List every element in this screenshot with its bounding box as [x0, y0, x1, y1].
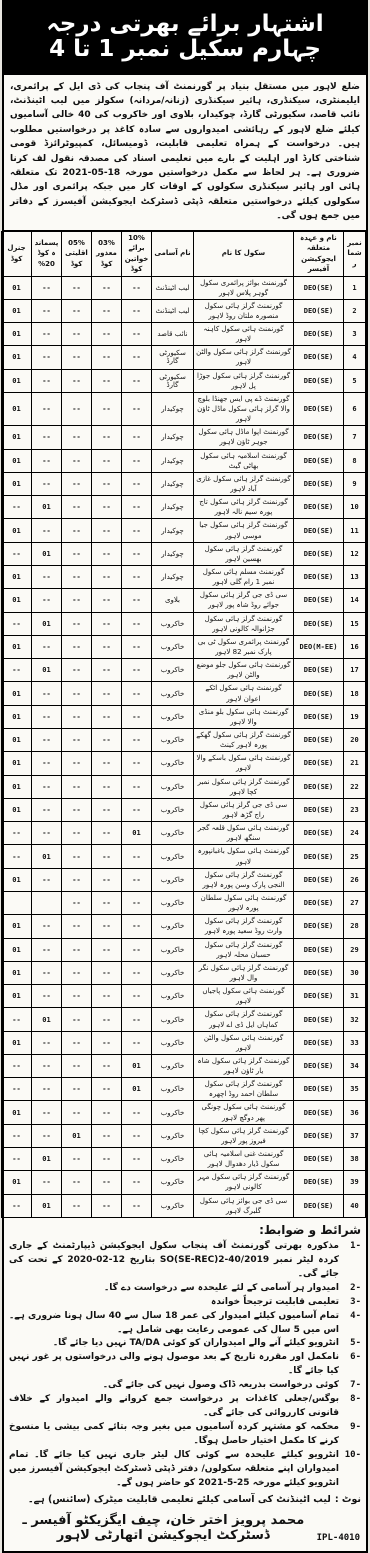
serial-cell: 36	[344, 1101, 366, 1124]
quota-general-cell: 01	[2, 346, 32, 369]
serial-cell: 6	[344, 392, 366, 425]
quota-minority-cell: --	[62, 449, 92, 472]
school-cell: سی ڈی جی گرلز ہائی سکول راج گڑھ لاہور	[194, 798, 294, 821]
serial-cell: 23	[344, 798, 366, 821]
post-cell: لیب اٹینڈنٹ	[152, 299, 194, 322]
officer-cell: DEO(SE)	[294, 472, 344, 495]
table-row: 19DEO(SE)گورنمنٹ ہائی سکول بلو منڈی والا…	[2, 705, 366, 728]
serial-cell: 24	[344, 822, 366, 845]
officer-cell: DEO(M-EE)	[294, 635, 344, 658]
quota-backward-cell: --	[32, 728, 62, 751]
school-cell: گورنمنٹ ہائی سکول باسکے والا لاہور	[194, 752, 294, 775]
table-row: 12DEO(SE)گورنمنٹ گرلز ہائی سکول بھسین لا…	[2, 542, 366, 565]
officer-cell: DEO(SE)	[294, 369, 344, 392]
term-text: امیدوار ہر آسامی کے لئے علیحدہ سے درخواس…	[9, 1282, 343, 1296]
school-cell: گورنمنٹ گرلز ہائی سکول النجی پارک وسن پو…	[194, 868, 294, 891]
quota-minority-cell: --	[62, 346, 92, 369]
table-row: 29DEO(SE)گورنمنٹ گرلز ہائی سکول حسبان مح…	[2, 938, 366, 961]
officer-cell: DEO(SE)	[294, 612, 344, 635]
job-advertisement: اشتہار برائے بھرتی درجہ چہارم سکیل نمبر …	[2, 0, 368, 1553]
quota-disabled-cell: --	[92, 891, 122, 914]
quota-general-cell: --	[2, 659, 32, 682]
quota-general-cell: --	[2, 496, 32, 519]
officer-cell: DEO(SE)	[294, 775, 344, 798]
school-cell: گورنمنٹ گرلز ہائی سکول مہر کالونی لاہور	[194, 1171, 294, 1194]
quota-women-cell: --	[122, 542, 152, 565]
quota-general-cell: 01	[2, 1101, 32, 1124]
officer-cell: DEO(SE)	[294, 868, 344, 891]
quota-women-cell: --	[122, 472, 152, 495]
term-item: -5انٹرویو کیلئے آنے والے امیدواران کو کو…	[9, 1337, 361, 1351]
post-cell: سکیورٹی گارڈ	[152, 346, 194, 369]
quota-women-cell: --	[122, 915, 152, 938]
term-text: تمام آسامیوں کیلئے امیدوار کی عمر 18 سال…	[9, 1310, 343, 1338]
term-number: -5	[343, 1337, 361, 1351]
term-number: -1	[343, 1240, 361, 1282]
quota-disabled-cell: --	[92, 1054, 122, 1077]
table-row: 37DEO(SE)گورنمنٹ گرلز ہائی سکول کچا فیرو…	[2, 1124, 366, 1147]
quota-women-cell: --	[122, 369, 152, 392]
quota-women-cell: --	[122, 589, 152, 612]
quota-backward-cell: --	[32, 1171, 62, 1194]
school-cell: گورنمنٹ گرلز ہائی سکول حسبان محلہ لاہور	[194, 938, 294, 961]
quota-general-cell: 01	[2, 752, 32, 775]
post-cell: خاکروب	[152, 705, 194, 728]
officer-cell: DEO(SE)	[294, 985, 344, 1008]
school-cell: گورنمنٹ گرلز ہائی سکول وارث روڈ سعید پور…	[194, 915, 294, 938]
officer-cell: DEO(SE)	[294, 1101, 344, 1124]
quota-minority-cell: --	[62, 985, 92, 1008]
quota-backward-cell: --	[32, 868, 62, 891]
quota-minority-cell: --	[62, 612, 92, 635]
quota-minority-cell: --	[62, 299, 92, 322]
quota-minority-cell: --	[62, 891, 92, 914]
quota-disabled-cell: --	[92, 775, 122, 798]
post-cell: خاکروب	[152, 1194, 194, 1217]
quota-backward-cell: 01	[32, 612, 62, 635]
officer-cell: DEO(SE)	[294, 728, 344, 751]
term-number: -2	[343, 1282, 361, 1296]
table-row: 30DEO(SE)گورنمنٹ گرلز ہائی سکول نگر وال …	[2, 961, 366, 984]
quota-backward-cell: --	[32, 346, 62, 369]
quota-women-cell: --	[122, 449, 152, 472]
term-text: انٹرویو کیلئے علیحدہ سے کوئی کال لیٹر جا…	[9, 1449, 343, 1491]
table-row: 24DEO(SE)گورنمنٹ ہائی سکول قلعہ گجر سنگھ…	[2, 822, 366, 845]
table-row: 27DEO(SE)گورنمنٹ ہائی سکول سلطان پورہ لا…	[2, 891, 366, 914]
officer-cell: DEO(SE)	[294, 346, 344, 369]
quota-minority-cell: --	[62, 635, 92, 658]
footer: IPL-4010 محمد پرویز اختر خان، چیف ایگزیک…	[4, 1509, 366, 1551]
quota-general-cell: --	[2, 1054, 32, 1077]
school-cell: گورنمنٹ گرلز ہائی سکول غازی آباد لاہور	[194, 472, 294, 495]
serial-cell: 35	[344, 1078, 366, 1101]
quota-general-cell: 01	[2, 868, 32, 891]
post-cell: خاکروب	[152, 682, 194, 705]
quota-disabled-cell: --	[92, 1078, 122, 1101]
quota-disabled-cell: --	[92, 496, 122, 519]
quota-backward-cell: --	[32, 915, 62, 938]
school-cell: گورنمنٹ گرلز ہائی سکول سلطان احمد روڈ اچ…	[194, 1078, 294, 1101]
school-cell: گورنمنٹ گرلز ہائی سکول کماہاں ایل ڈی اے …	[194, 1008, 294, 1031]
quota-general-cell: --	[2, 1008, 32, 1031]
quota-disabled-cell: --	[92, 1148, 122, 1171]
quota-women-cell: --	[122, 519, 152, 542]
quota-disabled-cell: --	[92, 1194, 122, 1217]
school-cell: گورنمنٹ ہائی سکول کاہنہ لاہور	[194, 323, 294, 346]
school-cell: گورنمنٹ ہائی سکول باغبانپورہ لاہور	[194, 845, 294, 868]
term-item: -8بوگس/جعلی کاغذات پر درخواست جمع کروانے…	[9, 1393, 361, 1421]
officer-cell: DEO(SE)	[294, 915, 344, 938]
officer-cell: DEO(SE)	[294, 566, 344, 589]
quota-disabled-cell: --	[92, 589, 122, 612]
school-cell: گورنمنٹ اپوا ماڈل ہائی سکول جوہر ٹاؤن لا…	[194, 426, 294, 449]
quota-backward-cell: --	[32, 1124, 62, 1147]
term-number: -4	[343, 1310, 361, 1338]
post-cell: خاکروب	[152, 868, 194, 891]
table-row: 8DEO(SE)گورنمنٹ اسلامیہ ہائی سکول بھاٹی …	[2, 449, 366, 472]
school-cell: گورنمنٹ گرلز ہائی سکول جیا موسی لاہور	[194, 519, 294, 542]
quota-general-cell: 01	[2, 472, 32, 495]
quota-general-cell: 01	[2, 635, 32, 658]
quota-disabled-cell: --	[92, 822, 122, 845]
quota-disabled-cell: --	[92, 659, 122, 682]
quota-backward-cell: --	[32, 775, 62, 798]
school-cell: گورنمنٹ بوائز پرائمری سکول گوہر پلاس لاہ…	[194, 276, 294, 299]
quota-minority-cell: --	[62, 798, 92, 821]
quota-minority-cell: --	[62, 915, 92, 938]
term-item: -7کوئی درخواست بذریعہ ڈاک وصول نہیں کی ج…	[9, 1379, 361, 1393]
post-cell: خاکروب	[152, 1078, 194, 1101]
quota-disabled-cell: --	[92, 612, 122, 635]
serial-cell: 4	[344, 346, 366, 369]
school-cell: گورنمنٹ ہائی سکول بلو منڈی والا لاہور	[194, 705, 294, 728]
quota-women-cell: --	[122, 496, 152, 519]
table-row: 28DEO(SE)گورنمنٹ گرلز ہائی سکول وارث روڈ…	[2, 915, 366, 938]
quota-backward-cell: --	[32, 472, 62, 495]
quota-disabled-cell: --	[92, 392, 122, 425]
quota-women-cell: --	[122, 891, 152, 914]
school-cell: گورنمنٹ گرلز ہائی سکول نمبر کچا لاہور	[194, 775, 294, 798]
quota-disabled-cell: --	[92, 961, 122, 984]
quota-backward-cell: --	[32, 985, 62, 1008]
quota-women-cell: --	[122, 659, 152, 682]
post-cell: چوکیدار	[152, 472, 194, 495]
officer-cell: DEO(SE)	[294, 659, 344, 682]
term-text: مذکورہ بھرتی گورنمنٹ آف پنجاب سکول ایجوک…	[9, 1240, 343, 1282]
officer-cell: DEO(SE)	[294, 496, 344, 519]
quota-women-cell: --	[122, 392, 152, 425]
term-item: -4تمام آسامیوں کیلئے امیدوار کی عمر 18 س…	[9, 1310, 361, 1338]
quota-disabled-cell: --	[92, 1124, 122, 1147]
quota-minority-cell: --	[62, 1008, 92, 1031]
quota-backward-cell: 01	[32, 542, 62, 565]
officer-cell: DEO(SE)	[294, 1194, 344, 1217]
quota-general-cell: 01	[2, 519, 32, 542]
quota-women-cell: --	[122, 775, 152, 798]
quota-women-cell: --	[122, 612, 152, 635]
quota-general-cell: 01	[2, 426, 32, 449]
serial-cell: 5	[344, 369, 366, 392]
post-cell: خاکروب	[152, 1054, 194, 1077]
table-header-cell: نام و عہدہ متعلقہ ایجوکیشن آفیسر	[294, 231, 344, 276]
term-item: -10انٹرویو کیلئے علیحدہ سے کوئی کال لیٹر…	[9, 1449, 361, 1491]
term-item: -6نامکمل اور مقررہ تاریخ کے بعد موصول ہو…	[9, 1351, 361, 1379]
table-row: 25DEO(SE)گورنمنٹ ہائی سکول باغبانپورہ لا…	[2, 845, 366, 868]
quota-backward-cell: --	[32, 798, 62, 821]
quota-backward-cell: --	[32, 392, 62, 425]
quota-women-cell: 01	[122, 1078, 152, 1101]
serial-cell: 33	[344, 1031, 366, 1054]
post-cell: خاکروب	[152, 1101, 194, 1124]
table-row: 13DEO(SE)گورنمنٹ مسلم ہائی سکول نمبر 1 ر…	[2, 566, 366, 589]
serial-cell: 22	[344, 775, 366, 798]
quota-backward-cell: --	[32, 323, 62, 346]
quota-general-cell: --	[2, 542, 32, 565]
school-cell: گورنمنٹ گرلز ہائی سکول کچا فیروز پور لاہ…	[194, 1124, 294, 1147]
table-row: 33DEO(SE)گورنمنٹ ہائی سکول والٹن لاہورخا…	[2, 1031, 366, 1054]
quota-general-cell: --	[2, 1124, 32, 1147]
quota-women-cell: --	[122, 682, 152, 705]
quota-general-cell: 01	[2, 985, 32, 1008]
table-row: 14DEO(SE)سی ڈی جی گرلز ہائی سکول جوائے ر…	[2, 589, 366, 612]
term-number: -8	[343, 1393, 361, 1421]
quota-minority-cell: --	[62, 868, 92, 891]
terms-heading: شرائط و ضوابط:	[9, 1223, 361, 1237]
quota-women-cell: --	[122, 1124, 152, 1147]
post-cell: چوکیدار	[152, 496, 194, 519]
term-text: تعلیمی قابلیت ترجیحاً خواندہ	[9, 1296, 343, 1310]
officer-cell: DEO(SE)	[294, 682, 344, 705]
quota-minority-cell: --	[62, 566, 92, 589]
quota-women-cell: --	[122, 798, 152, 821]
post-cell: سکیورٹی گارڈ	[152, 369, 194, 392]
quota-general-cell: 01	[2, 1031, 32, 1054]
table-row: 16DEO(M-EE)گورنمنٹ پرائمری سکول ٹی بی پا…	[2, 635, 366, 658]
table-row: 15DEO(SE)گورنمنٹ گرلز ہائی سکول جڑانوالہ…	[2, 612, 366, 635]
serial-cell: 11	[344, 519, 366, 542]
serial-cell: 39	[344, 1171, 366, 1194]
school-cell: گورنمنٹ ہائی سکول سلطان پورہ لاہور	[194, 891, 294, 914]
quota-minority-cell: --	[62, 276, 92, 299]
table-header-cell: نمبر شمار	[344, 231, 366, 276]
vacancy-table-header: نمبر شمارنام و عہدہ متعلقہ ایجوکیشن آفیس…	[2, 231, 366, 276]
quota-women-cell: --	[122, 728, 152, 751]
school-cell: گورنمنٹ گرلز ہائی سکول بھسین لاہور	[194, 542, 294, 565]
quota-disabled-cell: --	[92, 542, 122, 565]
quota-disabled-cell: --	[92, 1101, 122, 1124]
term-number: -10	[343, 1449, 361, 1491]
quota-general-cell: 01	[2, 1171, 32, 1194]
quota-general-cell: 01	[2, 449, 32, 472]
term-text: نامکمل اور مقررہ تاریخ کے بعد موصول ہونے…	[9, 1351, 343, 1379]
quota-women-cell: --	[122, 1148, 152, 1171]
quota-disabled-cell: --	[92, 276, 122, 299]
officer-cell: DEO(SE)	[294, 891, 344, 914]
table-row: 32DEO(SE)گورنمنٹ گرلز ہائی سکول کماہاں ا…	[2, 1008, 366, 1031]
officer-cell: DEO(SE)	[294, 1078, 344, 1101]
quota-disabled-cell: --	[92, 299, 122, 322]
quota-backward-cell: --	[32, 566, 62, 589]
quota-women-cell: --	[122, 1008, 152, 1031]
quota-backward-cell: --	[32, 449, 62, 472]
table-row: 18DEO(SE)گورنمنٹ ہائی سکول اٹکے اعوان لا…	[2, 682, 366, 705]
school-cell: گورنمنٹ ڈے پی ایس جھنڈا بلوچ والا گرلز ہ…	[194, 392, 294, 425]
table-row: 7DEO(SE)گورنمنٹ اپوا ماڈل ہائی سکول جوہر…	[2, 426, 366, 449]
quota-disabled-cell: --	[92, 323, 122, 346]
post-cell: خاکروب	[152, 1008, 194, 1031]
quota-women-cell: --	[122, 961, 152, 984]
quota-women-cell: --	[122, 752, 152, 775]
serial-cell: 15	[344, 612, 366, 635]
quota-backward-cell: --	[32, 276, 62, 299]
quota-general-cell: 01	[2, 938, 32, 961]
quota-minority-cell: --	[62, 775, 92, 798]
quota-minority-cell: --	[62, 392, 92, 425]
quota-general-cell: --	[2, 1194, 32, 1217]
quota-women-cell: --	[122, 323, 152, 346]
serial-cell: 13	[344, 566, 366, 589]
officer-cell: DEO(SE)	[294, 845, 344, 868]
table-row: 39DEO(SE)گورنمنٹ گرلز ہائی سکول مہر کالو…	[2, 1171, 366, 1194]
term-number: -7	[343, 1379, 361, 1393]
quota-general-cell: 01	[2, 915, 32, 938]
quota-disabled-cell: --	[92, 472, 122, 495]
quota-minority-cell: --	[62, 682, 92, 705]
table-header-cell: 10% برائے خواتین کوڈ	[122, 231, 152, 276]
quota-disabled-cell: --	[92, 985, 122, 1008]
school-cell: سی ڈی جی بوائز ہائی سکول گلبرگ لاہور	[194, 1194, 294, 1217]
serial-cell: 32	[344, 1008, 366, 1031]
post-cell: خاکروب	[152, 612, 194, 635]
quota-disabled-cell: --	[92, 1171, 122, 1194]
officer-cell: DEO(SE)	[294, 1148, 344, 1171]
term-text: انٹرویو کیلئے آنے والے امیدواران کو کوئی…	[9, 1337, 343, 1351]
quota-backward-cell: 01	[32, 1194, 62, 1217]
quota-women-cell: --	[122, 1194, 152, 1217]
serial-cell: 34	[344, 1054, 366, 1077]
post-cell: خاکروب	[152, 822, 194, 845]
post-cell: خاکروب	[152, 1148, 194, 1171]
table-row: 34DEO(SE)گورنمنٹ گرلز ہائی سکول شاہ یار …	[2, 1054, 366, 1077]
post-cell: خاکروب	[152, 728, 194, 751]
officer-cell: DEO(SE)	[294, 752, 344, 775]
table-row: 11DEO(SE)گورنمنٹ گرلز ہائی سکول جیا موسی…	[2, 519, 366, 542]
school-cell: گورنمنٹ ہائی سکول قلعہ گجر سنگھ لاہور	[194, 822, 294, 845]
quota-disabled-cell: --	[92, 682, 122, 705]
quota-women-cell: --	[122, 705, 152, 728]
post-cell: چوکیدار	[152, 449, 194, 472]
quota-backward-cell: --	[32, 1031, 62, 1054]
quota-disabled-cell: --	[92, 728, 122, 751]
quota-general-cell: 01	[2, 589, 32, 612]
quota-minority-cell: --	[62, 938, 92, 961]
school-cell: گورنمنٹ گرلز ہائی سکول نگر وال لاہور	[194, 961, 294, 984]
quota-women-cell: --	[122, 635, 152, 658]
quota-general-cell: 01	[2, 392, 32, 425]
school-cell: گورنمنٹ گرلز ہائی سکول تاج پورہ سیم نالہ…	[194, 496, 294, 519]
quota-general-cell: --	[2, 1078, 32, 1101]
serial-cell: 9	[344, 472, 366, 495]
quota-women-cell: --	[122, 1101, 152, 1124]
post-cell: خاکروب	[152, 985, 194, 1008]
table-row: 5DEO(SE)گورنمنٹ گرلز ہائی سکول جوڑا پل ل…	[2, 369, 366, 392]
serial-cell: 40	[344, 1194, 366, 1217]
serial-cell: 20	[344, 728, 366, 751]
quota-general-cell: --	[2, 822, 32, 845]
quota-backward-cell: --	[32, 426, 62, 449]
quota-backward-cell: 01	[32, 1148, 62, 1171]
table-row: 26DEO(SE)گورنمنٹ گرلز ہائی سکول النجی پا…	[2, 868, 366, 891]
quota-minority-cell: --	[62, 323, 92, 346]
post-cell: چوکیدار	[152, 392, 194, 425]
post-cell: خاکروب	[152, 635, 194, 658]
school-cell: گورنمنٹ ہائی سکول جلو موضع والٹن لاہور	[194, 659, 294, 682]
school-cell: سی ڈی جی گرلز ہائی سکول جوائے روڈ شاہ پو…	[194, 589, 294, 612]
school-cell: گورنمنٹ گرلز ہائی سکول جڑانوالہ کالونی ل…	[194, 612, 294, 635]
quota-backward-cell: 01	[32, 496, 62, 519]
post-cell: لیب اٹینڈنٹ	[152, 276, 194, 299]
quota-disabled-cell: --	[92, 1008, 122, 1031]
quota-minority-cell: --	[62, 1054, 92, 1077]
post-cell: خاکروب	[152, 938, 194, 961]
officer-cell: DEO(SE)	[294, 1008, 344, 1031]
quota-general-cell: --	[2, 612, 32, 635]
quota-general-cell	[2, 891, 32, 914]
quota-disabled-cell: --	[92, 938, 122, 961]
school-cell: گورنمنٹ اسلامیہ ہائی سکول بھاٹی گیٹ	[194, 449, 294, 472]
post-cell: خاکروب	[152, 775, 194, 798]
quota-backward-cell: --	[32, 299, 62, 322]
quota-disabled-cell: --	[92, 369, 122, 392]
table-row: 3DEO(SE)گورنمنٹ ہائی سکول کاہنہ لاہورنائ…	[2, 323, 366, 346]
quota-disabled-cell: --	[92, 752, 122, 775]
quota-general-cell: 01	[2, 728, 32, 751]
table-row: 22DEO(SE)گورنمنٹ گرلز ہائی سکول نمبر کچا…	[2, 775, 366, 798]
serial-cell: 30	[344, 961, 366, 984]
quota-minority-cell: --	[62, 519, 92, 542]
serial-cell: 27	[344, 891, 366, 914]
officer-cell: DEO(SE)	[294, 519, 344, 542]
officer-cell: DEO(SE)	[294, 1171, 344, 1194]
serial-cell: 25	[344, 845, 366, 868]
quota-disabled-cell: --	[92, 868, 122, 891]
post-cell: خاکروب	[152, 798, 194, 821]
post-cell: خاکروب	[152, 961, 194, 984]
officer-cell: DEO(SE)	[294, 1124, 344, 1147]
serial-cell: 2	[344, 299, 366, 322]
table-row: 40DEO(SE)سی ڈی جی بوائز ہائی سکول گلبرگ …	[2, 1194, 366, 1217]
serial-cell: 18	[344, 682, 366, 705]
table-row: 35DEO(SE)گورنمنٹ گرلز ہائی سکول سلطان اح…	[2, 1078, 366, 1101]
table-header-cell: پسماندہ کوڈ 20%	[32, 231, 62, 276]
quota-minority-cell: --	[62, 1194, 92, 1217]
term-item: -9محکمہ کو مشتہر کردہ آسامیوں میں بغیر و…	[9, 1421, 361, 1449]
quota-backward-cell	[32, 891, 62, 914]
table-row: 10DEO(SE)گورنمنٹ گرلز ہائی سکول تاج پورہ…	[2, 496, 366, 519]
school-cell: گورنمنٹ پرائمری سکول ٹی بی پارک نمبر 82 …	[194, 635, 294, 658]
serial-cell: 17	[344, 659, 366, 682]
advertisement-banner: اشتہار برائے بھرتی درجہ چہارم سکیل نمبر …	[4, 2, 366, 75]
officer-cell: DEO(SE)	[294, 961, 344, 984]
term-text: محکمہ کو مشتہر کردہ آسامیوں میں بغیر وجہ…	[9, 1421, 343, 1449]
officer-cell: DEO(SE)	[294, 449, 344, 472]
school-cell: گورنمنٹ ہائی سکول اٹکے اعوان لاہور	[194, 682, 294, 705]
officer-cell: DEO(SE)	[294, 589, 344, 612]
post-cell: خاکروب	[152, 915, 194, 938]
quota-women-cell: --	[122, 276, 152, 299]
serial-cell: 7	[344, 426, 366, 449]
table-row: 21DEO(SE)گورنمنٹ ہائی سکول باسکے والا لا…	[2, 752, 366, 775]
